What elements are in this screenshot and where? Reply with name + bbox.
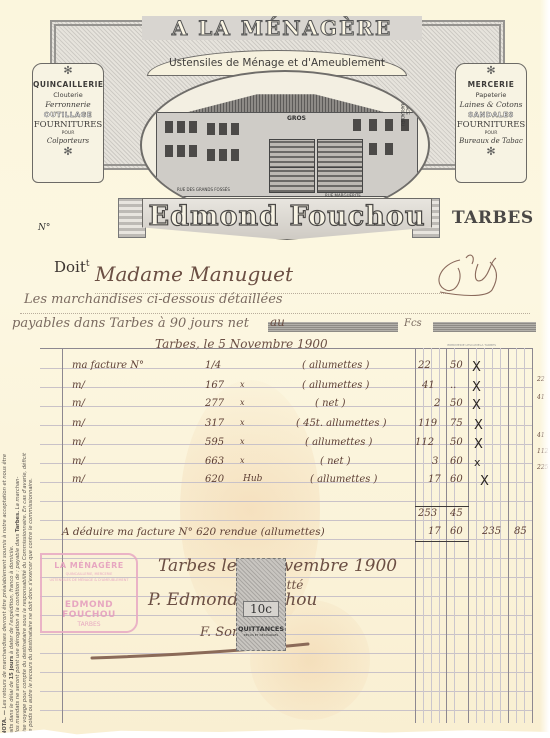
table-row: m/ 620 Hub ( allumettes ) 17 60 X bbox=[40, 474, 532, 493]
marchandises-line: Les marchandises ci-dessous détaillées bbox=[24, 292, 283, 307]
snowflake-ornament-icon: ✻ bbox=[33, 64, 103, 78]
panel-heading: QUINCAILLERIE bbox=[33, 80, 103, 89]
panel-line: POUR bbox=[456, 131, 526, 136]
city-name: TARBES bbox=[452, 208, 534, 228]
panel-line: Ferronnerie bbox=[33, 100, 103, 109]
item-description: ( allumettes ) bbox=[302, 360, 369, 371]
total-rule bbox=[415, 541, 469, 542]
panel-heading: MERCERIE bbox=[456, 80, 526, 89]
panel-line: Papeterie bbox=[456, 91, 526, 99]
amount-cents: 50 bbox=[450, 360, 463, 371]
invoice-ledger-table: ma facture N° 1/4 ( allumettes ) 22 50 X… bbox=[40, 348, 532, 723]
monogram-ev-icon bbox=[430, 250, 530, 302]
merchant-name-banner: Edmond Fouchou bbox=[142, 198, 432, 240]
panel-line: Bureaux de Tabac bbox=[456, 137, 526, 145]
merchant-signature: P. Edmond Fouchou bbox=[148, 590, 317, 610]
table-row: m/ 277 x ( net ) 2 50 X bbox=[40, 398, 532, 417]
stamp-sublabel: REÇUS ET DÉCHARGES bbox=[237, 633, 285, 637]
panel-line: Clouterie bbox=[33, 91, 103, 99]
fiscal-revenue-stamp: 10c QUITTANCES REÇUS ET DÉCHARGES bbox=[236, 558, 286, 651]
street-label-left: RUE DES GRANDS FOSSÉS bbox=[177, 187, 230, 192]
table-row: m/ 317 x ( 45t. allumettes ) 119 75 X bbox=[40, 418, 532, 437]
panel-line: FOURNITURES bbox=[456, 120, 526, 130]
building-sign: GROS bbox=[287, 115, 306, 122]
subtotal-francs: 253 bbox=[418, 508, 550, 527]
deduction-line: A déduire ma facture N° 620 rendue (allu… bbox=[62, 526, 325, 538]
table-row: ma facture N° 1/4 ( allumettes ) 22 50 X bbox=[40, 360, 532, 379]
deduction-francs: 17 bbox=[428, 526, 441, 537]
doit-label: Doitt bbox=[54, 258, 90, 276]
shop-title: A LA MÉNAGÈRE bbox=[142, 16, 422, 40]
merchant-rubber-stamp: LA MÉNAGÈRE QUINCAILLERIE, MERCERIE USTE… bbox=[40, 553, 138, 633]
stamp-value: 10c bbox=[243, 601, 279, 617]
invoice-paper: A LA MÉNAGÈRE Ustensiles de Ménage et d'… bbox=[0, 0, 550, 738]
letterhead: A LA MÉNAGÈRE Ustensiles de Ménage et d'… bbox=[22, 8, 537, 240]
store-building-engraving: GROS RUE DES GRANDS FOSSÉS RUE MARGUERIT… bbox=[140, 70, 430, 220]
panel-line: Colporteurs bbox=[33, 137, 103, 145]
printer-mark: IMPRIMERIE LESCAMELA TARBES bbox=[447, 343, 496, 347]
right-panel-mercerie: ✻ MERCERIE Papeterie Laines & Cotons SAN… bbox=[455, 63, 527, 183]
francs-label: Fcs bbox=[404, 318, 422, 329]
check-mark: x bbox=[240, 380, 245, 389]
total-francs: 235 bbox=[482, 526, 501, 537]
invoice-ref: ma facture N° bbox=[72, 360, 144, 371]
nota-terms-vertical: NOTA. — Les retours de marchandises devr… bbox=[2, 340, 40, 735]
snowflake-ornament-icon: ✻ bbox=[456, 64, 526, 78]
stamp-label: QUITTANCES bbox=[237, 625, 285, 633]
building-facade: GROS RUE DES GRANDS FOSSÉS RUE MARGUERIT… bbox=[156, 112, 418, 197]
grey-fill-bar bbox=[268, 322, 398, 332]
pillar-ornament bbox=[118, 198, 146, 238]
panel-line: POUR bbox=[33, 131, 103, 136]
customer-name: Madame Manuguet bbox=[95, 262, 293, 286]
torn-bottom-edge bbox=[0, 726, 550, 738]
tick-mark: X bbox=[472, 360, 481, 375]
street-label-right: RUE MARGUERITE bbox=[325, 193, 361, 198]
table-row: m/ 595 x ( allumettes ) 112 50 X bbox=[40, 437, 532, 456]
merchant-name: Edmond Fouchou bbox=[143, 201, 431, 232]
left-panel-quincaillerie: ✻ QUINCAILLERIE Clouterie Ferronnerie OU… bbox=[32, 63, 104, 183]
roof bbox=[166, 92, 406, 114]
subtotal-cents: 45 bbox=[450, 508, 463, 519]
dotted-rule bbox=[20, 313, 530, 314]
deduction-cents: 60 bbox=[450, 526, 463, 537]
paper-right-edge bbox=[540, 0, 550, 738]
panel-line: Laines & Cotons bbox=[456, 100, 526, 109]
table-row: m/ 167 x ( allumettes ) 41 .. X bbox=[40, 380, 532, 399]
payable-line: payables dans Tarbes à 90 jours net bbox=[12, 316, 249, 331]
total-cents: 85 bbox=[514, 526, 527, 537]
snowflake-ornament-icon: ✻ bbox=[33, 145, 103, 159]
panel-line: FOURNITURES bbox=[33, 120, 103, 130]
payable-suffix: au bbox=[270, 315, 285, 329]
subtotal-rule bbox=[415, 506, 469, 507]
grey-fill-bar bbox=[433, 322, 536, 332]
invoice-number: 1/4 bbox=[205, 360, 221, 371]
snowflake-ornament-icon: ✻ bbox=[456, 145, 526, 159]
panel-line: SANDALES bbox=[456, 111, 526, 119]
panel-line: OUTILLAGE bbox=[33, 111, 103, 119]
table-row: m/ 663 x ( net ) 3 60 x bbox=[40, 456, 532, 475]
place-label: PLACE MARCADIEU bbox=[400, 102, 410, 126]
amount-francs: 22 bbox=[418, 360, 431, 371]
invoice-number-label: N° bbox=[38, 223, 50, 233]
